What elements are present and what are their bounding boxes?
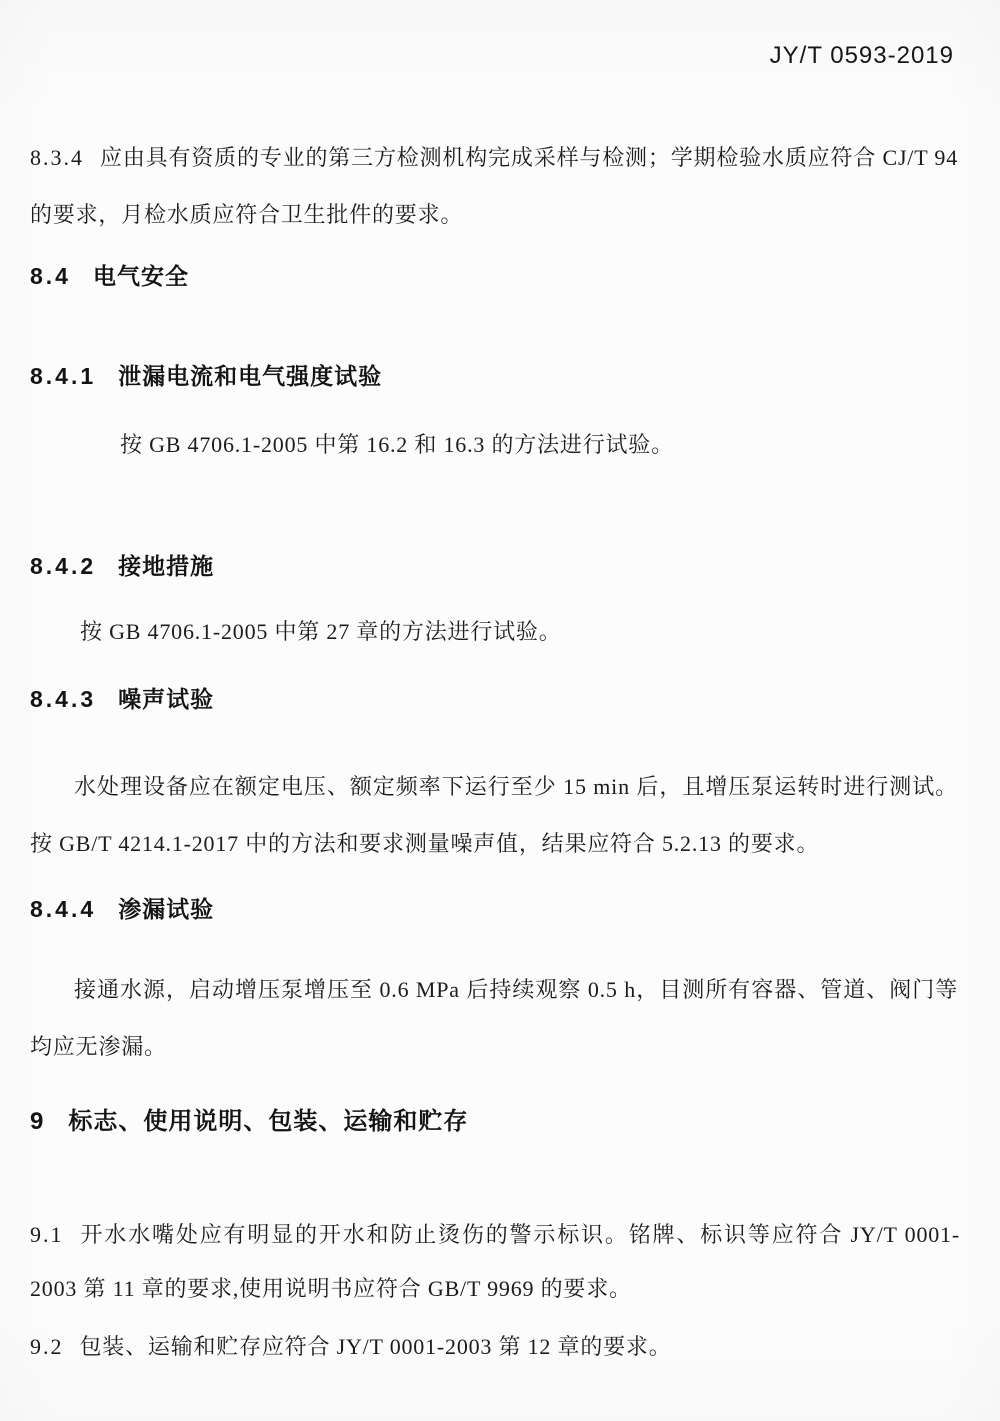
section-number: 8.4 xyxy=(30,263,71,289)
chapter-title: 标志、使用说明、包装、运输和贮存 xyxy=(68,1108,468,1135)
clause-number: 9.1 xyxy=(30,1222,64,1247)
clause-text: 开水水嘴处应有明显的开水和防止烫伤的警示标识。铭牌、标识等应符合 JY/T 00… xyxy=(30,1222,960,1301)
clause-number: 9.2 xyxy=(30,1334,64,1359)
section-title: 泄漏电流和电气强度试验 xyxy=(118,363,382,389)
section-title: 渗漏试验 xyxy=(118,896,214,922)
section-number: 8.4.2 xyxy=(30,553,96,579)
body-8-4-3: 水处理设备应在额定电压、额定频率下运行至少 15 min 后，且增压泵运转时进行… xyxy=(30,758,958,872)
section-heading-8-4-1: 8.4.1泄漏电流和电气强度试验 xyxy=(30,361,382,391)
clause-text: 包装、运输和贮存应符合 JY/T 0001-2003 第 12 章的要求。 xyxy=(80,1334,672,1359)
document-number-header: JY/T 0593-2019 xyxy=(770,42,954,70)
section-number: 8.4.4 xyxy=(30,896,96,922)
section-number: 8.4.3 xyxy=(30,686,96,712)
chapter-heading-9: 9标志、使用说明、包装、运输和贮存 xyxy=(30,1107,468,1137)
standard-document-page: JY/T 0593-2019 8.3.4应由具有资质的专业的第三方检测机构完成采… xyxy=(0,0,1000,1421)
chapter-number: 9 xyxy=(30,1108,46,1135)
section-heading-8-4-4: 8.4.4渗漏试验 xyxy=(30,894,214,924)
clause-8-3-4: 8.3.4应由具有资质的专业的第三方检测机构完成采样与检测；学期检验水质应符合 … xyxy=(30,129,958,243)
body-8-4-4: 接通水源，启动增压泵增压至 0.6 MPa 后持续观察 0.5 h，目测所有容器… xyxy=(30,961,958,1075)
section-title: 电气安全 xyxy=(93,263,189,289)
clause-text: 应由具有资质的专业的第三方检测机构完成采样与检测；学期检验水质应符合 CJ/T … xyxy=(30,145,958,227)
section-title: 噪声试验 xyxy=(118,686,214,712)
body-8-4-1: 按 GB 4706.1-2005 中第 16.2 和 16.3 的方法进行试验。 xyxy=(120,430,674,460)
section-heading-8-4-2: 8.4.2接地措施 xyxy=(30,551,214,581)
section-title: 接地措施 xyxy=(118,553,214,579)
body-8-4-2: 按 GB 4706.1-2005 中第 27 章的方法进行试验。 xyxy=(80,617,562,647)
section-heading-8-4-3: 8.4.3噪声试验 xyxy=(30,684,214,714)
clause-9-1: 9.1开水水嘴处应有明显的开水和防止烫伤的警示标识。铭牌、标识等应符合 JY/T… xyxy=(30,1208,960,1316)
clause-9-2: 9.2包装、运输和贮存应符合 JY/T 0001-2003 第 12 章的要求。 xyxy=(30,1332,672,1362)
clause-number: 8.3.4 xyxy=(30,145,84,170)
section-heading-8-4: 8.4电气安全 xyxy=(30,261,189,291)
section-number: 8.4.1 xyxy=(30,363,96,389)
